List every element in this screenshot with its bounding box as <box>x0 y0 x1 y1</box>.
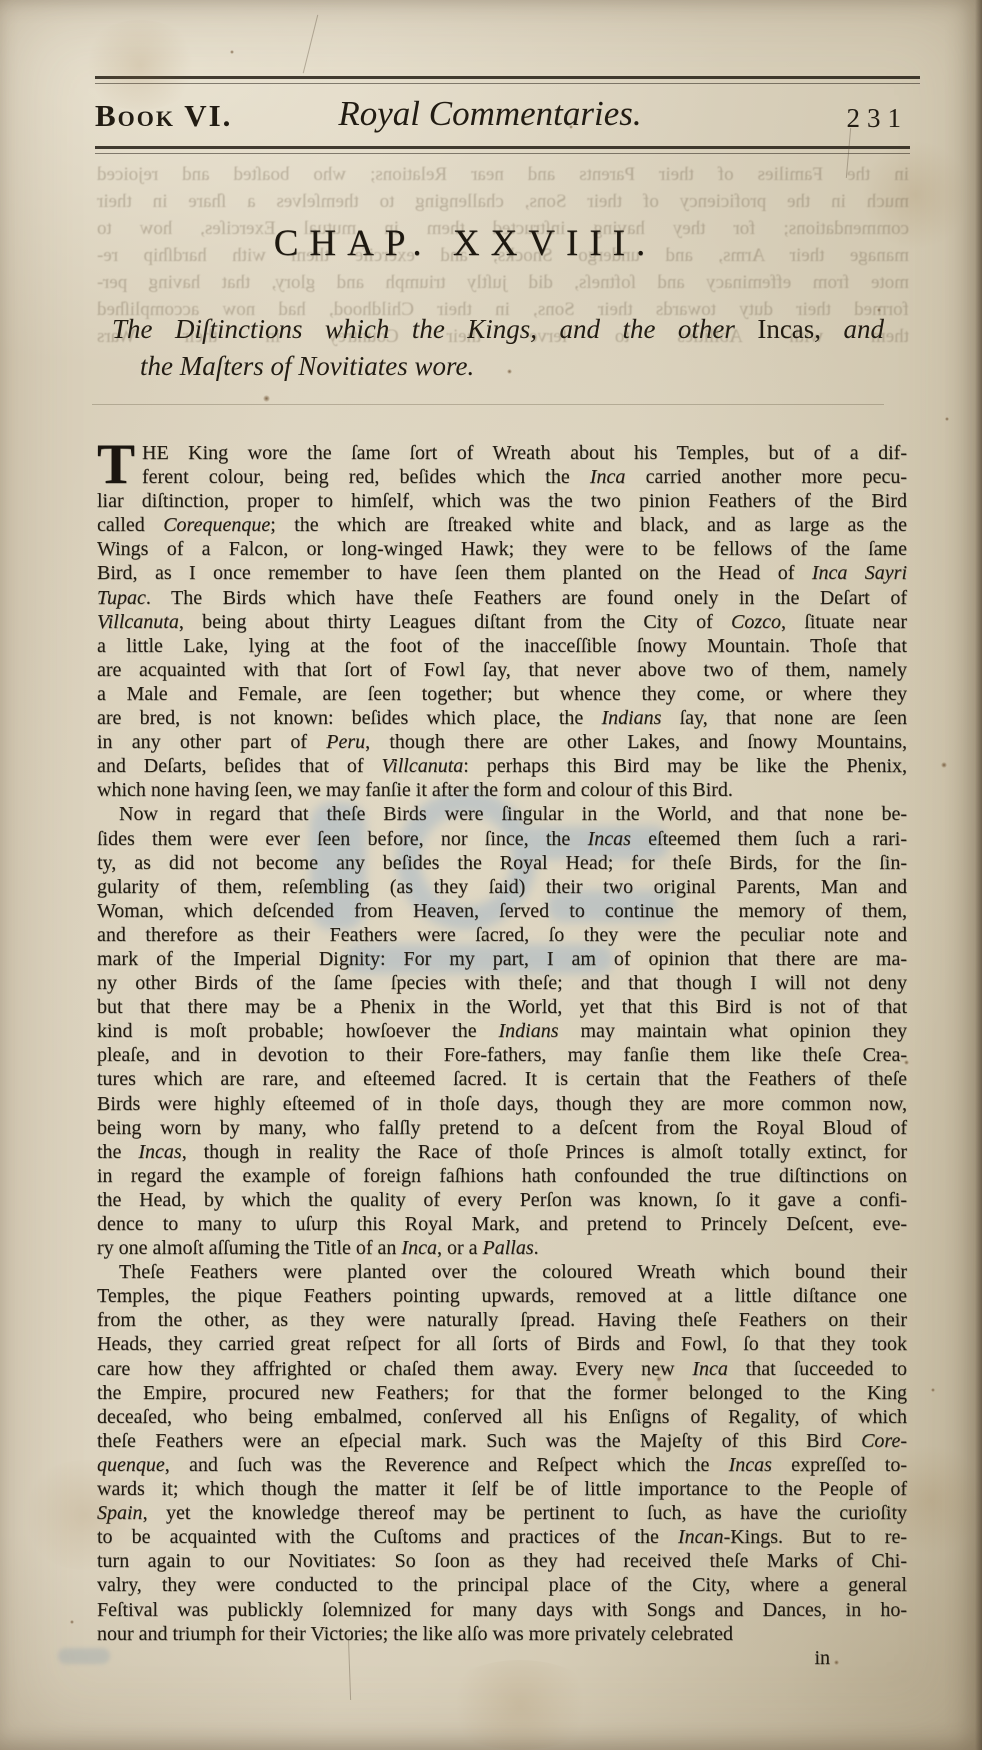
faint-rule <box>92 404 884 405</box>
text-line: ferent colour, being red, beſides which … <box>97 465 907 489</box>
text-line: a Male and Female, are ſeen together; bu… <box>97 682 907 706</box>
text-line: in regard the example of foreign faſhion… <box>97 1164 907 1188</box>
text-line: quenque, and ſuch was the Reverence and … <box>97 1453 907 1477</box>
text-line: to be acquainted with the Cuſtoms and pr… <box>97 1525 907 1549</box>
text-line: turn again to our Novitiates: So ſoon as… <box>97 1549 907 1573</box>
paper-crease <box>303 15 318 73</box>
text-line: mark of the Imperial Dignity: For my par… <box>97 947 907 971</box>
text-line: Tupac. The Birds which have theſe Feathe… <box>97 586 907 610</box>
text-line: pleaſe, and in devotion to their Fore-fa… <box>97 1043 907 1067</box>
text-line: ty, as did not become any beſides the Ro… <box>97 851 907 875</box>
ghost-line: much in the proficiency of their Sons, c… <box>97 188 909 215</box>
text-line: deceaſed, who being embalmed, conſerved … <box>97 1405 907 1429</box>
book-page: Book VI. Royal Commentaries. 231 in the … <box>0 0 982 1750</box>
text-line: the Head, by which the quality of every … <box>97 1188 907 1212</box>
text-line: ny other Birds of the ſame ſpecies with … <box>97 971 907 995</box>
drop-cap: T <box>97 443 135 489</box>
text-line: but that there may be a Phenix in the Wo… <box>97 995 907 1019</box>
text-line: the Incas, though in reality the Race of… <box>97 1140 907 1164</box>
text-line: wards it; which though the matter it ſel… <box>97 1477 907 1501</box>
text-line: Temples, the pique Feathers pointing upw… <box>97 1284 907 1308</box>
subtitle-line: the Maſters of Novitiates wore. <box>112 348 884 385</box>
text-line: being worn by many, who falſly pretend t… <box>97 1116 907 1140</box>
text-line: Theſe Feathers were planted over the col… <box>97 1260 907 1284</box>
text-line: a little Lake, lying at the foot of the … <box>97 634 907 658</box>
body-text: THE King wore the ſame ſort of Wreath ab… <box>97 441 907 1670</box>
text-line: Now in regard that theſe Birds were ſing… <box>97 802 907 826</box>
text-line: in any other part of Peru, though there … <box>97 730 907 754</box>
ghost-line: mote from effeminacy and ſoftneſs, did j… <box>97 269 909 296</box>
text-line: ſides them were ever ſeen before, nor ſi… <box>97 827 907 851</box>
text-line: are acquainted with that ſort of Fowl ſa… <box>97 658 907 682</box>
catchword: in <box>97 1646 907 1670</box>
header-double-rule <box>95 146 910 154</box>
top-double-rule <box>95 76 920 84</box>
text-line: HE King wore the ſame ſort of Wreath abo… <box>97 441 907 465</box>
text-line: Wings of a Falcon, or long-winged Hawk; … <box>97 537 907 561</box>
text-line: gularity of them, reſembling (as they ſa… <box>97 875 907 899</box>
text-line: Birds were highly eſteemed of in thoſe d… <box>97 1092 907 1116</box>
text-line: are bred, is not known: beſides which pl… <box>97 706 907 730</box>
page-edge-shadow <box>975 0 982 1750</box>
text-line: liar diſtinction, proper to himſelf, whi… <box>97 489 907 513</box>
text-line: Heads, they carried great reſpect for al… <box>97 1332 907 1356</box>
text-line: and Deſarts, beſides that of Villcanuta:… <box>97 754 907 778</box>
text-line: called Corequenque; the which are ſtreak… <box>97 513 907 537</box>
text-line: tures which are rare, and eſteemed ſacre… <box>97 1067 907 1091</box>
text-line: the Empire, procured new Feathers; for t… <box>97 1381 907 1405</box>
text-line: from the other, as they were naturally ſ… <box>97 1308 907 1332</box>
paragraph: THE King wore the ſame ſort of Wreath ab… <box>97 441 907 802</box>
page-number: 231 <box>847 103 909 134</box>
running-title: Royal Commentaries. <box>60 94 920 134</box>
text-line: kind is moſt probable; howſoever the Ind… <box>97 1019 907 1043</box>
text-line: Villcanuta, being about thirty Leagues d… <box>97 610 907 634</box>
text-line: theſe Feathers were an eſpecial mark. Su… <box>97 1429 907 1453</box>
paragraph: Theſe Feathers were planted over the col… <box>97 1260 907 1646</box>
text-line: valry, they were conducted to the princi… <box>97 1573 907 1597</box>
text-line: which none having ſeen, we may fanſie it… <box>97 778 907 802</box>
text-line: Woman, which deſcended from Heaven, ſerv… <box>97 899 907 923</box>
subtitle-line: The Diſtinctions which the Kings, and th… <box>112 311 884 348</box>
text-line: dence to many to uſurp this Royal Mark, … <box>97 1212 907 1236</box>
text-line: care how they affrighted or chaſed them … <box>97 1357 907 1381</box>
text-line: Feſtival was publickly ſolemnized for ma… <box>97 1598 907 1622</box>
ghost-line: in the Families of their Parents and nea… <box>97 161 909 188</box>
text-line: and therefore as their Feathers were ſac… <box>97 923 907 947</box>
text-line: nour and triumph for their Victories; th… <box>97 1622 907 1646</box>
chapter-heading: CHAP. XXVIII. <box>60 222 870 265</box>
text-line: ry one almoſt aſſuming the Title of an I… <box>97 1236 907 1260</box>
chapter-subtitle: The Diſtinctions which the Kings, and th… <box>112 311 884 385</box>
paragraph: Now in regard that theſe Birds were ſing… <box>97 802 907 1260</box>
text-line: Spain, yet the knowledge thereof may be … <box>97 1501 907 1525</box>
text-line: Bird, as I once remember to have ſeen th… <box>97 561 907 585</box>
